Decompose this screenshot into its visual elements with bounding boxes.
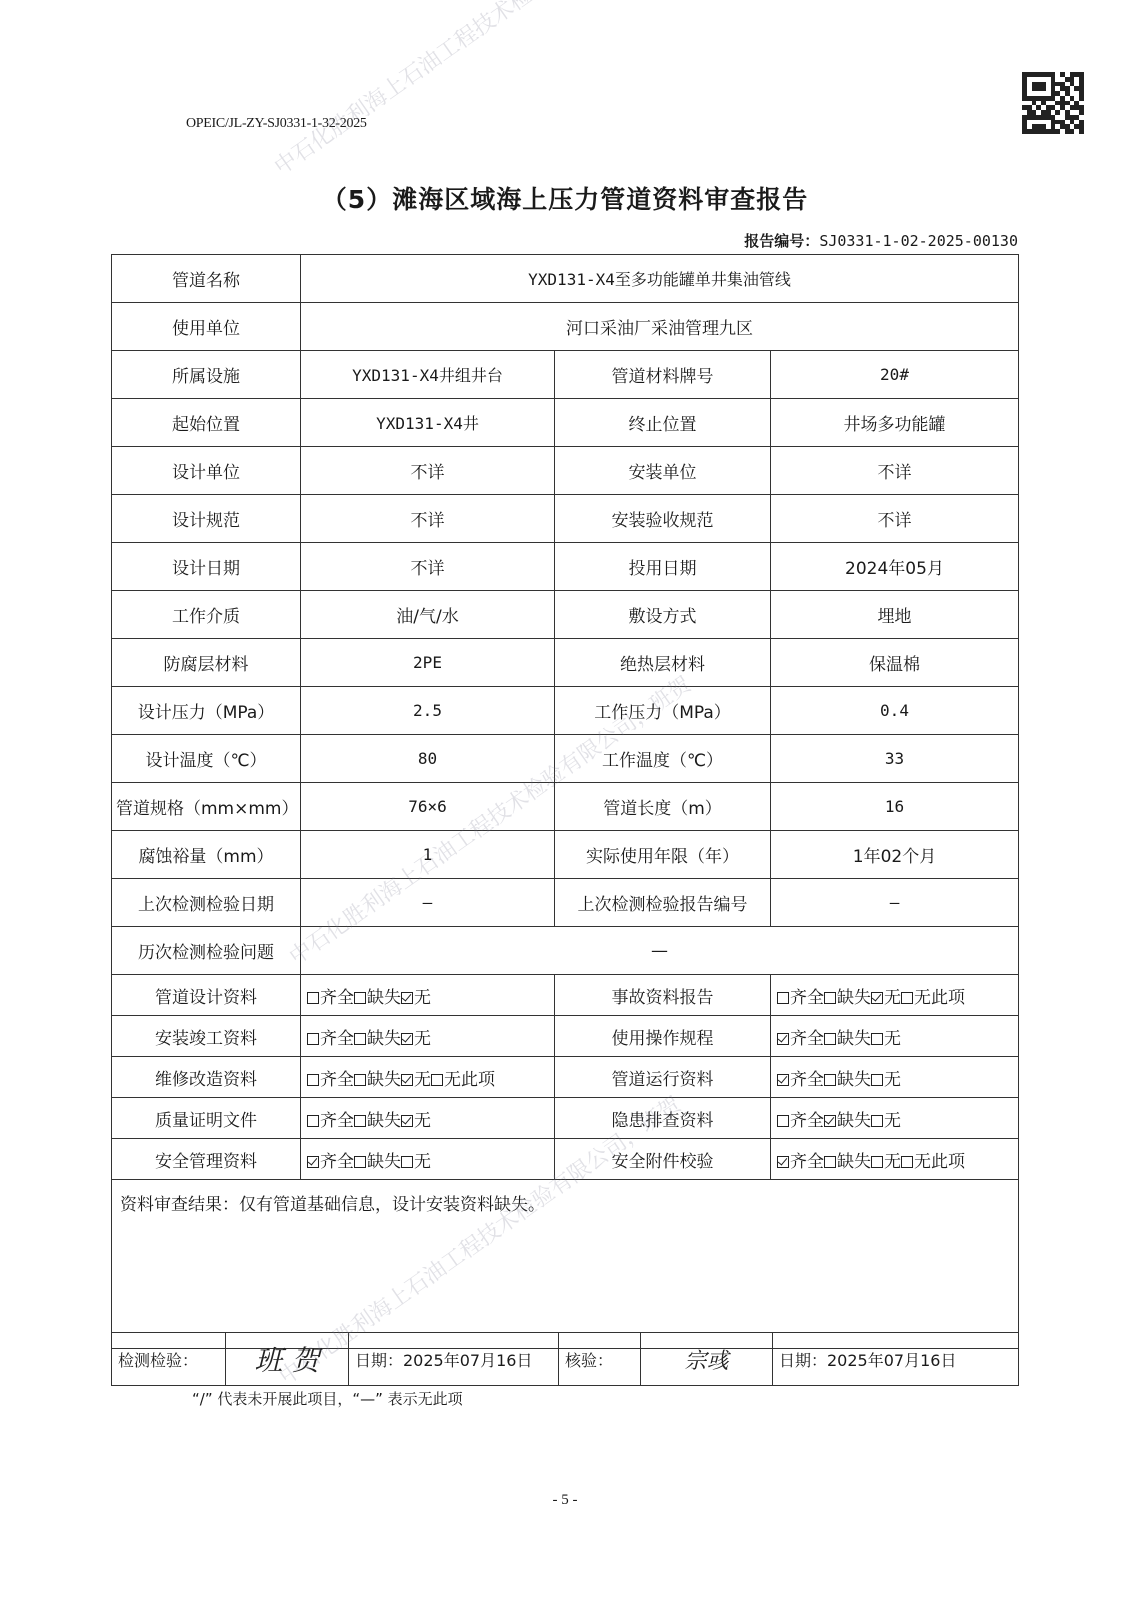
unchecked-box-icon[interactable]: [824, 1074, 836, 1086]
checked-box-icon[interactable]: [871, 992, 883, 1004]
checkbox-label: 齐全: [790, 988, 824, 1008]
checklist-label: 隐患排查资料: [555, 1098, 771, 1139]
checkbox-label: 缺失: [837, 1152, 871, 1172]
field-value: 80: [301, 735, 555, 783]
checkbox-label: 无: [884, 988, 901, 1008]
checkbox-group: 齐全缺失无: [301, 1139, 555, 1180]
inspector-signature: 班 贺: [226, 1333, 349, 1386]
table-row: 工作介质油/气/水敷设方式埋地: [112, 591, 1019, 639]
unchecked-box-icon[interactable]: [871, 1115, 883, 1127]
review-table: 管道名称 YXD131-X4至多功能罐单井集油管线 使用单位 河口采油厂采油管理…: [111, 254, 1019, 1349]
checkbox-label: 缺失: [367, 1070, 401, 1090]
field-value: —: [771, 879, 1019, 927]
checkbox-group: 齐全缺失无无此项: [771, 1139, 1019, 1180]
unchecked-box-icon[interactable]: [354, 1115, 366, 1127]
field-value: 不详: [301, 543, 555, 591]
review-result: 资料审查结果：仅有管道基础信息，设计安装资料缺失。: [112, 1180, 1019, 1349]
signature-table: 检测检验： 班 贺 日期：2025年07月16日 核验： 宗彧 日期：2025年…: [111, 1332, 1019, 1386]
document-code: OPEIC/JL-ZY-SJ0331-1-32-2025: [186, 116, 367, 132]
checklist-row: 安全管理资料齐全缺失无安全附件校验齐全缺失无无此项: [112, 1139, 1019, 1180]
checkbox-group: 齐全缺失无: [301, 1098, 555, 1139]
field-label: 管道材料牌号: [555, 351, 771, 399]
legend-note: “/” 代表未开展此项目，“—” 表示无此项: [192, 1388, 463, 1409]
field-label: 设计压力（MPa）: [112, 687, 301, 735]
report-number-value: SJ0331-1-02-2025-00130: [819, 232, 1018, 250]
result-row: 资料审查结果：仅有管道基础信息，设计安装资料缺失。: [112, 1180, 1019, 1349]
checkbox-label: 无此项: [444, 1070, 495, 1090]
field-label: 敷设方式: [555, 591, 771, 639]
field-label: 设计规范: [112, 495, 301, 543]
table-row: 起始位置YXD131-X4井终止位置井场多功能罐: [112, 399, 1019, 447]
field-label: 安装单位: [555, 447, 771, 495]
unchecked-box-icon[interactable]: [401, 1156, 413, 1168]
field-label: 投用日期: [555, 543, 771, 591]
reviewer-label: 核验：: [559, 1333, 641, 1386]
checkbox-group: 齐全缺失无: [771, 1016, 1019, 1057]
field-value: 2.5: [301, 687, 555, 735]
checkbox-label: 无: [414, 1029, 431, 1049]
table-row: 使用单位 河口采油厂采油管理九区: [112, 303, 1019, 351]
checklist-label: 管道运行资料: [555, 1057, 771, 1098]
checked-box-icon[interactable]: [777, 1074, 789, 1086]
table-row: 管道规格（mm×mm）76×6管道长度（m）16: [112, 783, 1019, 831]
checkbox-label: 齐全: [320, 988, 354, 1008]
checkbox-label: 缺失: [367, 988, 401, 1008]
field-value: 2024年05月: [771, 543, 1019, 591]
checkbox-label: 齐全: [320, 1111, 354, 1131]
unchecked-box-icon[interactable]: [901, 1156, 913, 1168]
field-value: 不详: [771, 447, 1019, 495]
field-value: 不详: [301, 495, 555, 543]
checkbox-label: 齐全: [320, 1070, 354, 1090]
field-value: 不详: [301, 447, 555, 495]
field-value: 33: [771, 735, 1019, 783]
field-value: 1年02个月: [771, 831, 1019, 879]
page-title: （5）滩海区域海上压力管道资料审查报告: [0, 180, 1130, 216]
report-number: 报告编号：SJ0331-1-02-2025-00130: [744, 230, 1018, 251]
checked-box-icon[interactable]: [307, 1156, 319, 1168]
checklist-label: 管道设计资料: [112, 975, 301, 1016]
unchecked-box-icon[interactable]: [307, 1074, 319, 1086]
table-row: 历次检测检验问题—: [112, 927, 1019, 975]
unchecked-box-icon[interactable]: [901, 992, 913, 1004]
checkbox-label: 齐全: [790, 1070, 824, 1090]
checkbox-label: 无: [414, 1111, 431, 1131]
checked-box-icon[interactable]: [401, 1033, 413, 1045]
unchecked-box-icon[interactable]: [431, 1074, 443, 1086]
checklist-row: 质量证明文件齐全缺失无隐患排查资料齐全缺失无: [112, 1098, 1019, 1139]
checklist-row: 安装竣工资料齐全缺失无使用操作规程齐全缺失无: [112, 1016, 1019, 1057]
checkbox-label: 缺失: [367, 1029, 401, 1049]
field-label: 工作压力（MPa）: [555, 687, 771, 735]
checklist-label: 质量证明文件: [112, 1098, 301, 1139]
checkbox-label: 无此项: [914, 1152, 965, 1172]
unchecked-box-icon[interactable]: [871, 1033, 883, 1045]
checkbox-label: 齐全: [320, 1029, 354, 1049]
field-value: 2PE: [301, 639, 555, 687]
field-label: 终止位置: [555, 399, 771, 447]
field-label: 防腐层材料: [112, 639, 301, 687]
field-label: 所属设施: [112, 351, 301, 399]
field-label: 安装验收规范: [555, 495, 771, 543]
unchecked-box-icon[interactable]: [354, 1074, 366, 1086]
field-label: 管道规格（mm×mm）: [112, 783, 301, 831]
user-unit-value: 河口采油厂采油管理九区: [301, 303, 1019, 351]
table-row: 所属设施YXD131-X4井组井台管道材料牌号20#: [112, 351, 1019, 399]
field-label: 腐蚀裕量（mm）: [112, 831, 301, 879]
field-value: 0.4: [771, 687, 1019, 735]
field-value: 井场多功能罐: [771, 399, 1019, 447]
unchecked-box-icon[interactable]: [354, 1156, 366, 1168]
checkbox-label: 缺失: [367, 1152, 401, 1172]
table-row: 设计日期不详投用日期2024年05月: [112, 543, 1019, 591]
field-value: 不详: [771, 495, 1019, 543]
table-row: 设计温度（℃）80工作温度（℃）33: [112, 735, 1019, 783]
checklist-label: 安全附件校验: [555, 1139, 771, 1180]
field-value: —: [301, 879, 555, 927]
checkbox-label: 无: [414, 1070, 431, 1090]
field-value: 76×6: [301, 783, 555, 831]
table-row: 设计规范不详安装验收规范不详: [112, 495, 1019, 543]
checkbox-label: 无: [884, 1029, 901, 1049]
unchecked-box-icon[interactable]: [824, 1156, 836, 1168]
checkbox-group: 齐全缺失无无此项: [301, 1057, 555, 1098]
field-value: YXD131-X4井组井台: [301, 351, 555, 399]
checkbox-label: 无: [884, 1152, 901, 1172]
unchecked-box-icon[interactable]: [777, 992, 789, 1004]
checkbox-label: 无: [414, 988, 431, 1008]
unchecked-box-icon[interactable]: [307, 1115, 319, 1127]
watermark: 中石化胜利海上石油工程技术检验有限公司，班贺: [267, 0, 681, 181]
checklist-label: 维修改造资料: [112, 1057, 301, 1098]
checked-box-icon[interactable]: [401, 1074, 413, 1086]
unchecked-box-icon[interactable]: [871, 1074, 883, 1086]
field-label: 设计单位: [112, 447, 301, 495]
table-row: 上次检测检验日期—上次检测检验报告编号—: [112, 879, 1019, 927]
field-label: 工作介质: [112, 591, 301, 639]
table-row: 设计压力（MPa）2.5工作压力（MPa）0.4: [112, 687, 1019, 735]
checklist-label: 安全管理资料: [112, 1139, 301, 1180]
checked-box-icon[interactable]: [824, 1115, 836, 1127]
checkbox-label: 缺失: [837, 988, 871, 1008]
unchecked-box-icon[interactable]: [824, 992, 836, 1004]
page-number: - 5 -: [0, 1492, 1130, 1509]
user-unit-label: 使用单位: [112, 303, 301, 351]
checkbox-label: 缺失: [367, 1111, 401, 1131]
checkbox-label: 缺失: [837, 1029, 871, 1049]
checkbox-label: 缺失: [837, 1070, 871, 1090]
field-label: 设计日期: [112, 543, 301, 591]
unchecked-box-icon[interactable]: [824, 1033, 836, 1045]
checkbox-label: 齐全: [790, 1111, 824, 1131]
checkbox-label: 无: [414, 1152, 431, 1172]
field-value: 埋地: [771, 591, 1019, 639]
checked-box-icon[interactable]: [777, 1033, 789, 1045]
field-value: 油/气/水: [301, 591, 555, 639]
unchecked-box-icon[interactable]: [354, 992, 366, 1004]
checklist-label: 事故资料报告: [555, 975, 771, 1016]
field-value: 20#: [771, 351, 1019, 399]
unchecked-box-icon[interactable]: [777, 1115, 789, 1127]
field-value: 16: [771, 783, 1019, 831]
inspector-label: 检测检验：: [112, 1333, 226, 1386]
checkbox-label: 缺失: [837, 1111, 871, 1131]
table-row: 设计单位不详安装单位不详: [112, 447, 1019, 495]
checkbox-label: 无: [884, 1070, 901, 1090]
field-value: YXD131-X4井: [301, 399, 555, 447]
pipe-name-value: YXD131-X4至多功能罐单井集油管线: [301, 255, 1019, 303]
table-row: 管道名称 YXD131-X4至多功能罐单井集油管线: [112, 255, 1019, 303]
reviewer-date: 日期：2025年07月16日: [773, 1333, 1019, 1386]
report-number-label: 报告编号：: [744, 232, 819, 250]
unchecked-box-icon[interactable]: [871, 1156, 883, 1168]
checklist-label: 安装竣工资料: [112, 1016, 301, 1057]
checkbox-label: 无此项: [914, 988, 965, 1008]
checklist-row: 维修改造资料齐全缺失无无此项管道运行资料齐全缺失无: [112, 1057, 1019, 1098]
checked-box-icon[interactable]: [777, 1156, 789, 1168]
history-label: 历次检测检验问题: [112, 927, 301, 975]
table-row: 腐蚀裕量（mm）1实际使用年限（年）1年02个月: [112, 831, 1019, 879]
checklist-label: 使用操作规程: [555, 1016, 771, 1057]
field-label: 上次检测检验日期: [112, 879, 301, 927]
checked-box-icon[interactable]: [401, 1115, 413, 1127]
checked-box-icon[interactable]: [401, 992, 413, 1004]
checkbox-label: 齐全: [790, 1152, 824, 1172]
field-label: 起始位置: [112, 399, 301, 447]
field-label: 工作温度（℃）: [555, 735, 771, 783]
field-value: 1: [301, 831, 555, 879]
checkbox-group: 齐全缺失无: [301, 975, 555, 1016]
field-label: 绝热层材料: [555, 639, 771, 687]
qr-code-icon: [1022, 72, 1084, 134]
checkbox-label: 齐全: [320, 1152, 354, 1172]
field-label: 管道长度（m）: [555, 783, 771, 831]
checkbox-group: 齐全缺失无: [771, 1098, 1019, 1139]
field-label: 实际使用年限（年）: [555, 831, 771, 879]
unchecked-box-icon[interactable]: [307, 992, 319, 1004]
field-label: 上次检测检验报告编号: [555, 879, 771, 927]
inspector-date: 日期：2025年07月16日: [349, 1333, 559, 1386]
checkbox-label: 无: [884, 1111, 901, 1131]
field-label: 设计温度（℃）: [112, 735, 301, 783]
pipe-name-label: 管道名称: [112, 255, 301, 303]
checkbox-label: 齐全: [790, 1029, 824, 1049]
checkbox-group: 齐全缺失无: [301, 1016, 555, 1057]
table-row: 防腐层材料2PE绝热层材料保温棉: [112, 639, 1019, 687]
field-value: 保温棉: [771, 639, 1019, 687]
history-value: —: [301, 927, 1019, 975]
unchecked-box-icon[interactable]: [354, 1033, 366, 1045]
reviewer-signature: 宗彧: [641, 1333, 773, 1386]
checkbox-group: 齐全缺失无无此项: [771, 975, 1019, 1016]
checkbox-group: 齐全缺失无: [771, 1057, 1019, 1098]
unchecked-box-icon[interactable]: [307, 1033, 319, 1045]
checklist-row: 管道设计资料齐全缺失无事故资料报告齐全缺失无无此项: [112, 975, 1019, 1016]
